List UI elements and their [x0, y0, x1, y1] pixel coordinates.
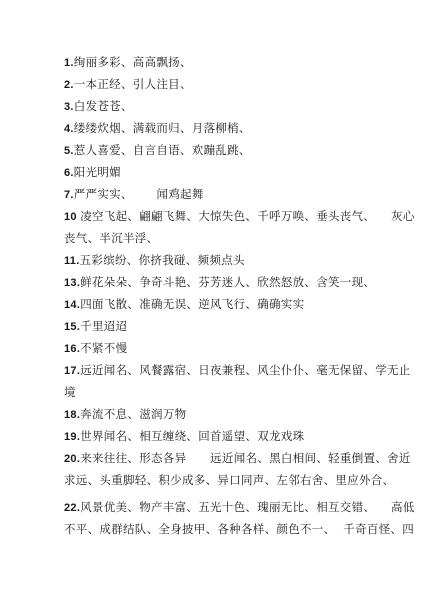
- item-number: 19.: [64, 431, 80, 443]
- list-item-continuation: 不平、成群结队、全身披甲、各种各样、颜色不一、 千奇百怪、四: [64, 522, 364, 537]
- item-text: 风景优美、物产丰富、五光十色、瑰丽无比、相互交错、 高低: [80, 500, 414, 514]
- item-number: 4.: [64, 123, 74, 135]
- item-text: 五彩缤纷、你挤我碰、频频点头: [80, 253, 245, 267]
- item-text: 不平、成群结队、全身披甲、各种各样、颜色不一、 千奇百怪、四: [64, 522, 414, 536]
- item-text: 境: [64, 385, 76, 399]
- list-item: 19.世界闻名、相互缠绕、回首遥望、双龙戏珠: [64, 429, 364, 444]
- item-text: 一本正经、引人注目、: [74, 77, 192, 91]
- item-number: 7.: [64, 189, 74, 201]
- list-item: 18.奔流不息、滋润万物: [64, 407, 364, 422]
- item-number: 16.: [64, 343, 80, 355]
- item-number: 6.: [64, 167, 74, 179]
- item-number: 18.: [64, 409, 80, 421]
- item-number: 11.: [64, 255, 80, 267]
- list-item: 20.来来往往、形态各异 远近闻名、黑白相间、轻重倒置、舍近: [64, 451, 364, 466]
- list-item: 13.鲜花朵朵、争奇斗艳、芬芳迷人、欣然怒放、含笑一现、: [64, 275, 364, 290]
- item-text: 缕缕炊烟、满载而归、月落柳梢、: [74, 121, 251, 135]
- item-number: 10: [64, 211, 80, 223]
- item-number: 14.: [64, 299, 80, 311]
- item-number: 20.: [64, 453, 80, 465]
- list-item: 11.五彩缤纷、你挤我碰、频频点头: [64, 253, 364, 268]
- item-number: 5.: [64, 145, 74, 157]
- item-number: 15.: [64, 321, 80, 333]
- list-item: 5.惹人喜爱、自言自语、欢蹦乱跳、: [64, 143, 364, 158]
- document-page: 1.绚丽多彩、高高飘扬、 2.一本正经、引人注目、 3.白发苍苍、 4.缕缕炊烟…: [0, 0, 423, 600]
- list-item-continuation: 丧气、半沉半浮、: [64, 231, 364, 246]
- list-item: 7.严严实实、 闻鸡起舞: [64, 187, 364, 202]
- list-item: 2.一本正经、引人注目、: [64, 77, 364, 92]
- item-text: 不紧不慢: [80, 341, 127, 355]
- list-item-continuation: 求远、头重脚轻、积少成多、异口同声、左邻右舍、里应外合、: [64, 473, 364, 488]
- list-item: 22.风景优美、物产丰富、五光十色、瑰丽无比、相互交错、 高低: [64, 500, 364, 515]
- item-number: 3.: [64, 101, 74, 113]
- item-text: 来来往往、形态各异 远近闻名、黑白相间、轻重倒置、舍近: [80, 451, 411, 465]
- list-item-continuation: 境: [64, 385, 364, 400]
- item-text: 千里迢迢: [80, 319, 127, 333]
- item-text: 鲜花朵朵、争奇斗艳、芬芳迷人、欣然怒放、含笑一现、: [80, 275, 375, 289]
- item-number: 17.: [64, 365, 80, 377]
- item-text: 世界闻名、相互缠绕、回首遥望、双龙戏珠: [80, 429, 304, 443]
- list-item: 6.阳光明媚: [64, 165, 364, 180]
- item-number: 2.: [64, 79, 74, 91]
- list-item: 4.缕缕炊烟、满载而归、月落柳梢、: [64, 121, 364, 136]
- list-item: 3.白发苍苍、: [64, 99, 364, 114]
- item-number: 13.: [64, 277, 80, 289]
- item-text: 远近闻名、风餐露宿、日夜兼程、风尘仆仆、毫无保留、学无止: [80, 363, 410, 377]
- list-item: 10 凌空飞起、翩翩飞舞、大惊失色、千呼万唤、垂头丧气、 灰心: [64, 209, 364, 224]
- item-text: 严严实实、 闻鸡起舞: [74, 187, 204, 201]
- item-text: 四面飞散、准确无误、逆风飞行、确确实实: [80, 297, 304, 311]
- item-text: 求远、头重脚轻、积少成多、异口同声、左邻右舍、里应外合、: [64, 473, 394, 487]
- list-item: 16.不紧不慢: [64, 341, 364, 356]
- item-text: 奔流不息、滋润万物: [80, 407, 186, 421]
- list-item: 14.四面飞散、准确无误、逆风飞行、确确实实: [64, 297, 364, 312]
- item-text: 凌空飞起、翩翩飞舞、大惊失色、千呼万唤、垂头丧气、 灰心: [80, 209, 414, 223]
- list-item: 17.远近闻名、风餐露宿、日夜兼程、风尘仆仆、毫无保留、学无止: [64, 363, 364, 378]
- item-text: 丧气、半沉半浮、: [64, 231, 158, 245]
- item-text: 绚丽多彩、高高飘扬、: [74, 55, 192, 69]
- item-text: 白发苍苍、: [74, 99, 133, 113]
- item-text: 惹人喜爱、自言自语、欢蹦乱跳、: [74, 143, 251, 157]
- item-text: 阳光明媚: [74, 165, 121, 179]
- item-number: 22.: [64, 502, 80, 514]
- list-item: 15.千里迢迢: [64, 319, 364, 334]
- list-item: 1.绚丽多彩、高高飘扬、: [64, 55, 364, 70]
- item-number: 1.: [64, 57, 74, 69]
